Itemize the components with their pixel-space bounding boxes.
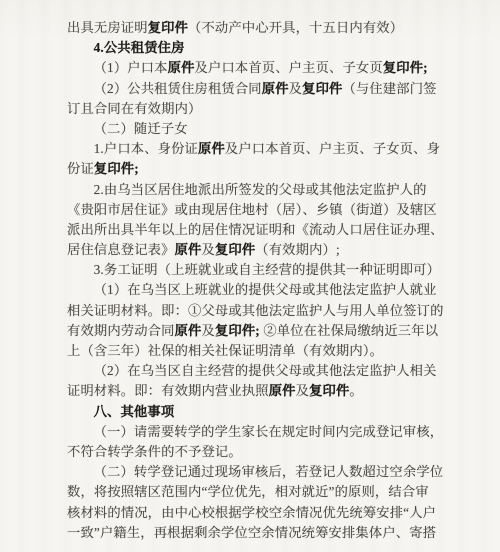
document-text: 出具无房证明复印件（不动产中心开具，十五日内有效）4.公共租赁住房（1）户口本原… <box>67 18 447 543</box>
text-segment: （不动产中心开具，十五日内有效） <box>188 20 403 35</box>
text-line: （一）请需要转学的学生家长在规定时间内完成登记审核， <box>67 422 447 442</box>
text-line: 份证复印件; <box>67 159 447 179</box>
text-segment: 居住信息登记表》 <box>67 242 175 257</box>
text-segment: 及 <box>201 242 214 257</box>
text-segment-bold: 原件 <box>269 383 296 398</box>
text-segment: 核材料的情况，由中心校根据学校空余情况优先统筹安排“人户 <box>67 505 436 520</box>
text-segment: 一致”户籍生，再根据剩余学位空余情况统筹安排集体户、寄搭 <box>67 525 436 540</box>
text-segment: （有效期内）; <box>255 242 340 257</box>
text-line: 数，将按照辖区范围内“学位优先，相对就近”的原则，结合审 <box>67 482 447 502</box>
text-line: （1）户口本原件及户口本首页、户主页、子女页复印件; <box>67 58 447 78</box>
text-segment: （二）转学登记通过现场审核后，若登记人数超过空余学位 <box>94 464 444 479</box>
text-segment: 。 <box>349 383 362 398</box>
text-segment: （1）户口本 <box>94 60 168 75</box>
text-segment: 派出所出具半年以上的居住情况证明和《流动人口居住证办理、 <box>67 222 444 237</box>
text-segment-bold: 原件 <box>198 141 225 156</box>
text-segment: （与住建部门签 <box>342 81 436 96</box>
text-line: 上（含三年）社保的相关社保证明清单（有效期内）。 <box>67 341 447 361</box>
text-line: 订且合同在有效期内） <box>67 99 447 119</box>
text-segment-bold: 复印件 <box>302 81 342 96</box>
text-line: 一致”户籍生，再根据剩余学位空余情况统筹安排集体户、寄搭 <box>67 523 447 543</box>
text-segment: 上（含三年）社保的相关社保证明清单（有效期内）。 <box>67 343 383 358</box>
text-segment-bold: 原件 <box>168 60 195 75</box>
text-segment: 订且合同在有效期内） <box>67 101 201 116</box>
text-line: 证明材料。即：有效期内营业执照原件及复印件。 <box>67 381 447 401</box>
text-line: 4.公共租赁住房 <box>67 38 447 58</box>
text-segment-bold: 复印件 <box>215 242 255 257</box>
text-line: 派出所出具半年以上的居住情况证明和《流动人口居住证办理、 <box>67 220 447 240</box>
text-line: 出具无房证明复印件（不动产中心开具，十五日内有效） <box>67 18 447 38</box>
text-line: 八、其他事项 <box>67 402 447 422</box>
text-segment: 1.户口本、身份证 <box>94 141 198 156</box>
text-line: （二）转学登记通过现场审核后，若登记人数超过空余学位 <box>67 462 447 482</box>
text-line: 不符合转学条件的不予登记。 <box>67 442 447 462</box>
text-segment: （一）请需要转学的学生家长在规定时间内完成登记审核， <box>94 424 444 439</box>
text-segment: 3.务工证明（上班就业或自主经营的提供其一种证明即可） <box>94 262 440 277</box>
text-line: （2）公共租赁住房租赁合同原件及复印件（与住建部门签 <box>67 79 447 99</box>
text-line: （二）随迁子女 <box>67 119 447 139</box>
text-segment: 数，将按照辖区范围内“学位优先，相对就近”的原则，结合审 <box>67 484 429 499</box>
text-segment: 份证 <box>67 161 94 176</box>
text-segment-bold: 原件 <box>175 323 202 338</box>
text-segment-bold: 复印件 <box>309 383 349 398</box>
text-line: （1）在乌当区上班就业的提供父母或其他法定监护人就业 <box>67 280 447 300</box>
text-segment: 出具无房证明 <box>67 20 148 35</box>
text-segment: ②单位在社保局缴纳近三年以 <box>260 323 438 338</box>
text-segment-bold: 原件 <box>262 81 289 96</box>
text-segment-bold: 4.公共租赁住房 <box>94 40 185 55</box>
text-segment: 证明材料。即：有效期内营业执照 <box>67 383 269 398</box>
text-segment: （1）在乌当区上班就业的提供父母或其他法定监护人就业 <box>94 282 437 297</box>
text-segment: 有效期内劳动合同 <box>67 323 175 338</box>
text-line: 2.由乌当区居住地派出所签发的父母或其他法定监护人的 <box>67 180 447 200</box>
text-line: 核材料的情况，由中心校根据学校空余情况优先统筹安排“人户 <box>67 503 447 523</box>
text-segment: 2.由乌当区居住地派出所签发的父母或其他法定监护人的 <box>94 182 427 197</box>
text-segment-bold: 复印件; <box>94 161 139 176</box>
text-segment-bold: 复印件; <box>215 323 260 338</box>
text-line: 相关证明材料。即：①父母或其他法定监护人与用人单位签订的 <box>67 301 447 321</box>
text-segment: 及 <box>296 383 309 398</box>
text-line: 有效期内劳动合同原件及复印件; ②单位在社保局缴纳近三年以 <box>67 321 447 341</box>
text-line: （2）在乌当区自主经营的提供父母或其他法定监护人相关 <box>67 361 447 381</box>
text-line: 居住信息登记表》原件及复印件（有效期内）; <box>67 240 447 260</box>
text-segment: 相关证明材料。即：①父母或其他法定监护人与用人单位签订的 <box>67 303 444 318</box>
text-segment: 及户口本首页、户主页、子女页、身 <box>225 141 440 156</box>
scanned-document-page: 出具无房证明复印件（不动产中心开具，十五日内有效）4.公共租赁住房（1）户口本原… <box>0 0 500 552</box>
text-line: 1.户口本、身份证原件及户口本首页、户主页、子女页、身 <box>67 139 447 159</box>
text-segment: （2）在乌当区自主经营的提供父母或其他法定监护人相关 <box>94 363 437 378</box>
text-segment: 及 <box>201 323 214 338</box>
text-segment-bold: 复印件; <box>383 60 428 75</box>
text-segment: 及 <box>289 81 302 96</box>
text-segment: （二）随迁子女 <box>94 121 188 136</box>
text-segment: 《贵阳市居住证》或由现居住地村（居）、乡镇（街道）及辖区 <box>67 202 437 217</box>
text-segment: （2）公共租赁住房租赁合同 <box>94 81 262 96</box>
text-line: 《贵阳市居住证》或由现居住地村（居）、乡镇（街道）及辖区 <box>67 200 447 220</box>
text-segment-bold: 原件 <box>175 242 202 257</box>
text-line: 3.务工证明（上班就业或自主经营的提供其一种证明即可） <box>67 260 447 280</box>
text-segment-bold: 复印件 <box>148 20 188 35</box>
text-segment: 及户口本首页、户主页、子女页 <box>195 60 383 75</box>
text-segment-bold: 八、其他事项 <box>94 404 175 419</box>
text-segment: 不符合转学条件的不予登记。 <box>67 444 242 459</box>
